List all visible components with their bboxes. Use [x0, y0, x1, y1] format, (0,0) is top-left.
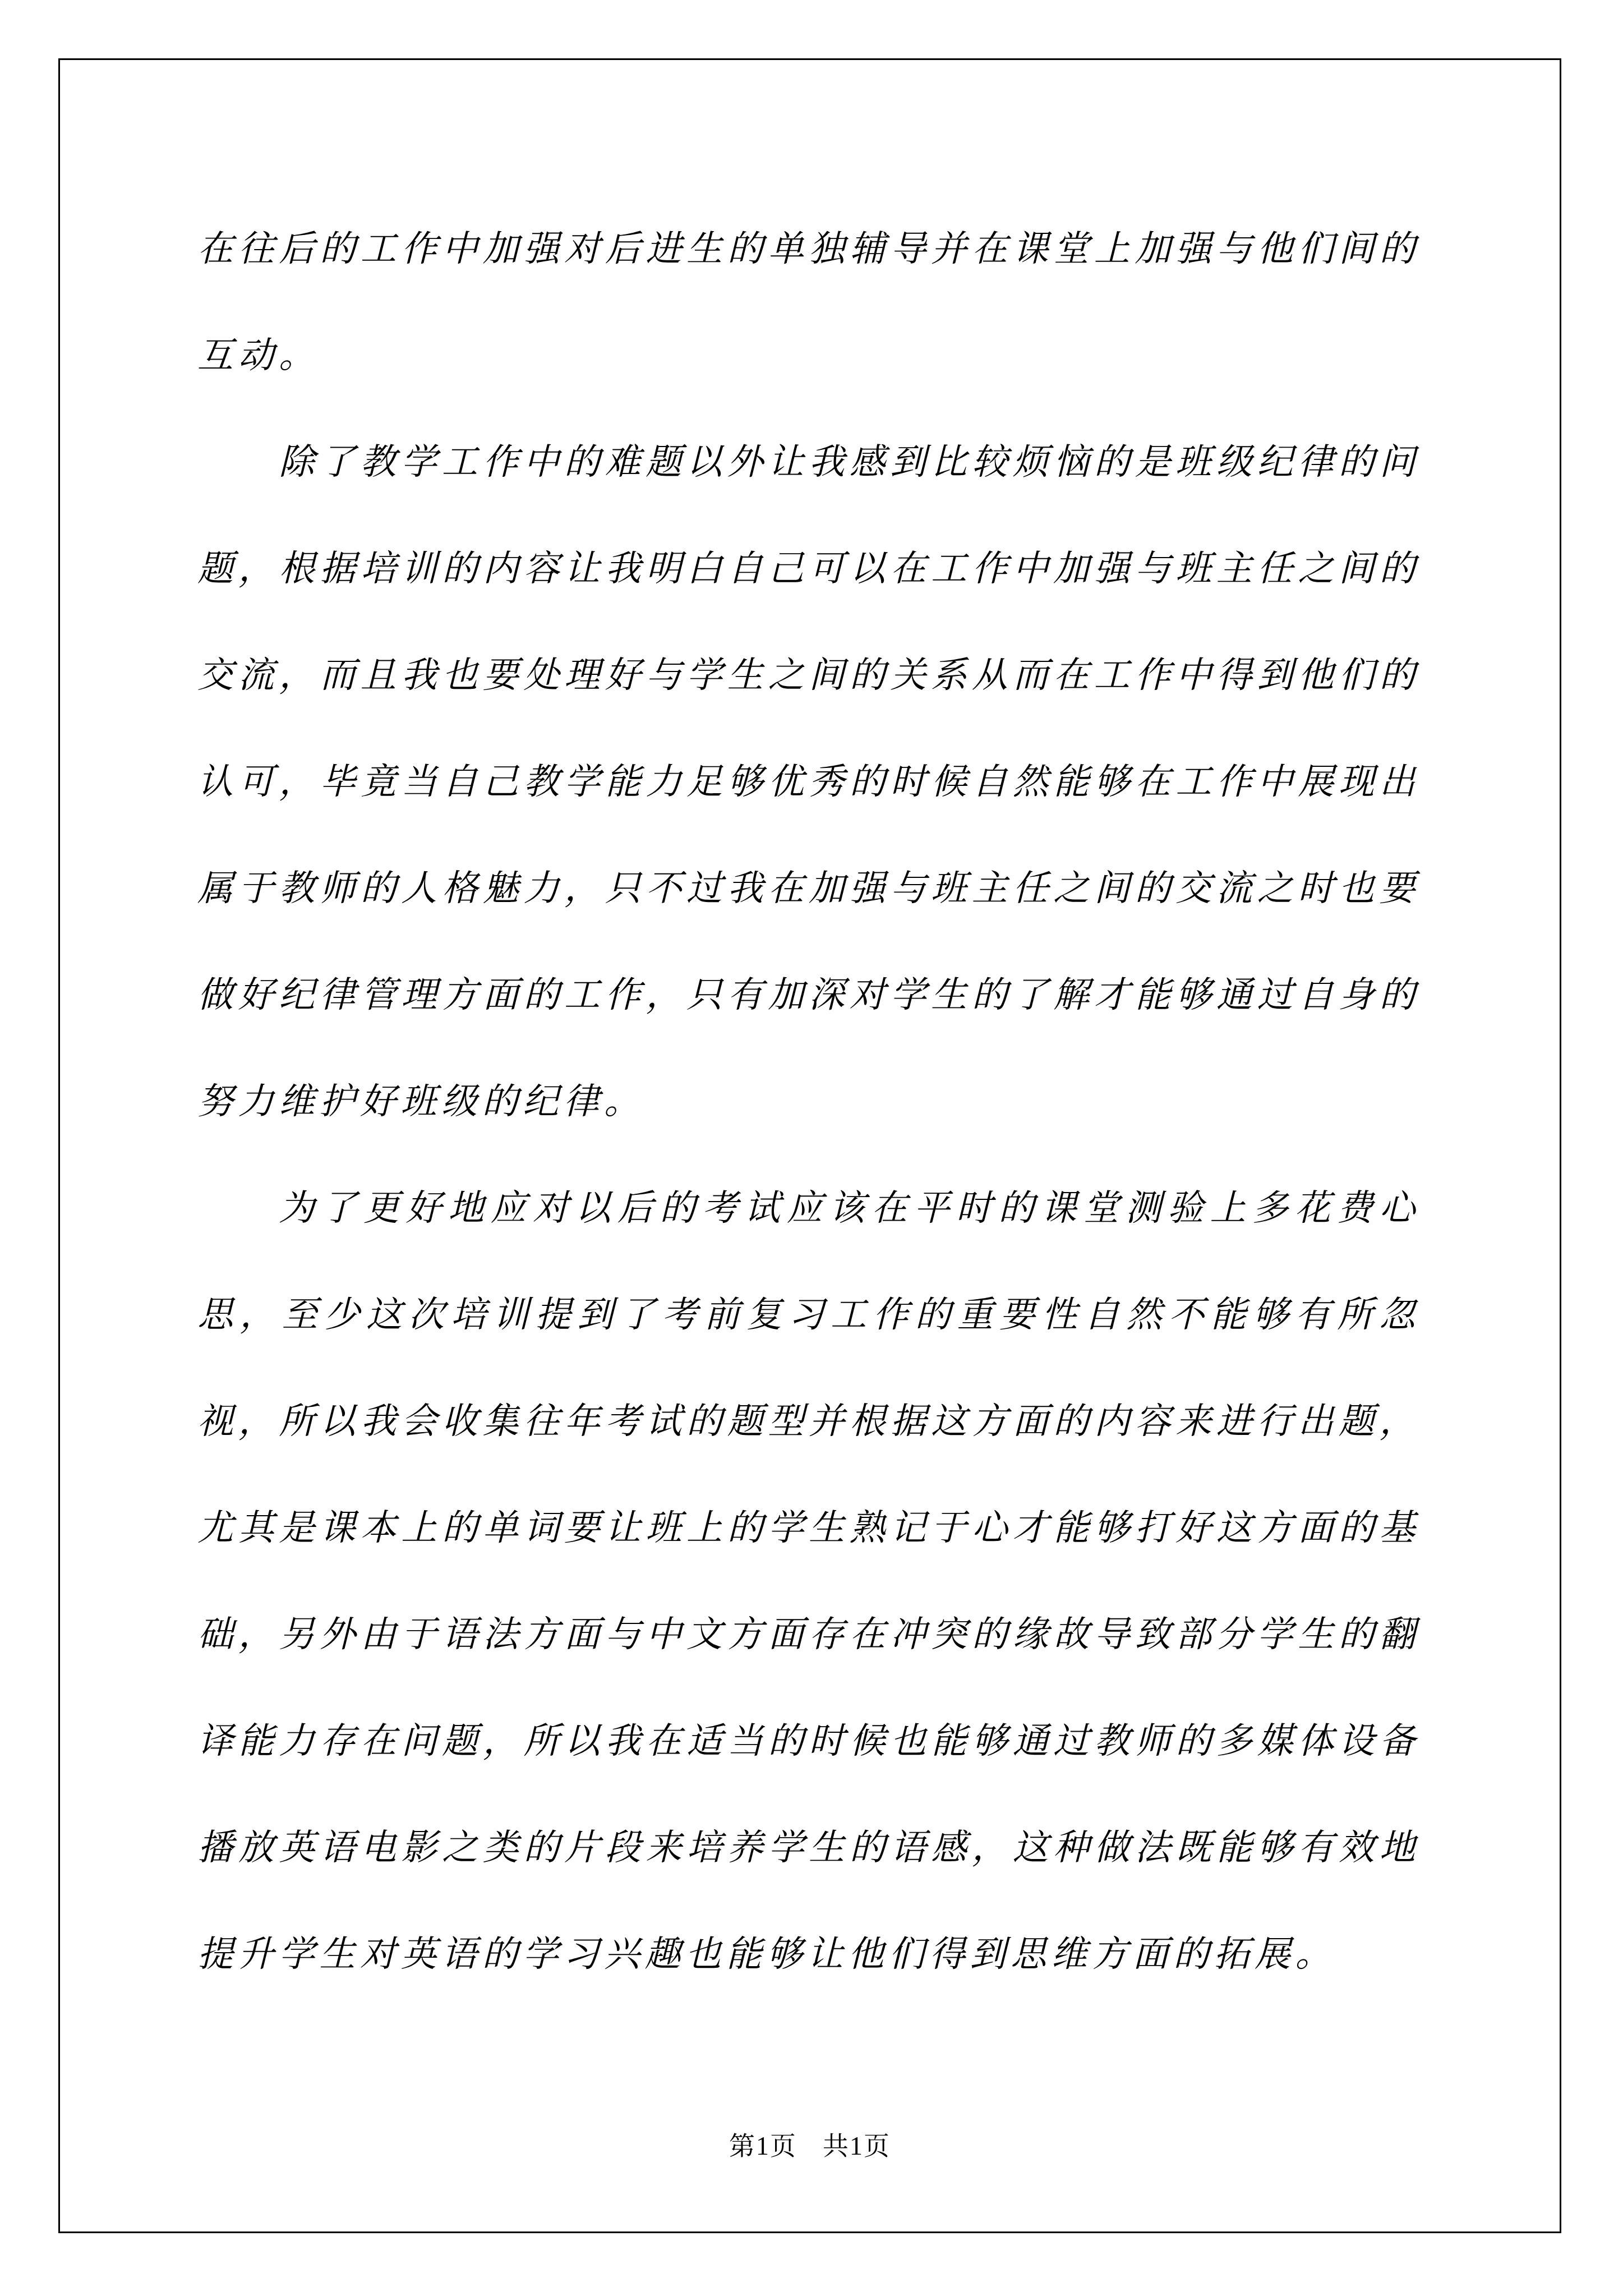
body-paragraph-2: 除了教学工作中的难题以外让我感到比较烦恼的是班级纪律的问题，根据培训的内容让我明…	[197, 409, 1420, 1155]
body-paragraph-3: 为了更好地应对以后的考试应该在平时的课堂测验上多花费心思，至少这次培训提到了考前…	[197, 1155, 1420, 2008]
page-footer: 第1页共1页	[60, 2132, 1560, 2160]
document-text-area: 在往后的工作中加强对后进生的单独辅导并在课堂上加强与他们间的互动。 除了教学工作…	[197, 196, 1420, 2008]
document-page: 在往后的工作中加强对后进生的单独辅导并在课堂上加强与他们间的互动。 除了教学工作…	[0, 0, 1623, 2296]
page-border-frame: 在往后的工作中加强对后进生的单独辅导并在课堂上加强与他们间的互动。 除了教学工作…	[58, 58, 1561, 2233]
body-paragraph-1: 在往后的工作中加强对后进生的单独辅导并在课堂上加强与他们间的互动。	[197, 196, 1420, 409]
page-count-total: 共1页	[823, 2132, 891, 2160]
page-number-current: 第1页	[729, 2132, 797, 2160]
